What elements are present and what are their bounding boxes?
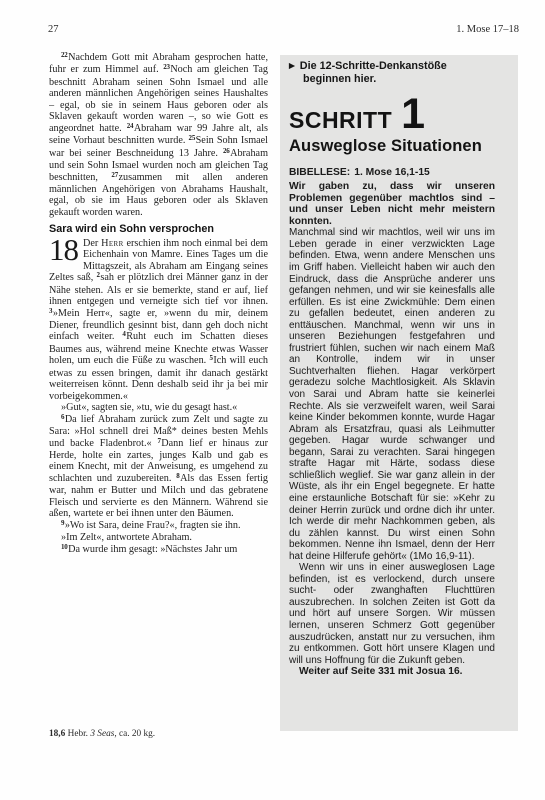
bible-paragraph: 22Nachdem Gott mit Abraham gesprochen ha… [49,52,268,218]
footnote-ref: 18,6 [49,729,65,739]
step-intro: Wir gaben zu, dass wir unseren Problemen… [289,181,495,227]
continue-note: Weiter auf Seite 331 mit Josua 16. [289,666,495,678]
bible-paragraph: »Im Zelt«, antwortete Abraham. [49,532,268,543]
bible-text-column: 22Nachdem Gott mit Abraham gesprochen ha… [49,52,268,720]
step-box: ▶Die 12-Schritte-Denkanstöße beginnen hi… [280,55,518,731]
footnote-text-before: Hebr. [65,729,90,739]
bible-paragraph: 6Da lief Abraham zurück zum Zelt und sag… [49,414,268,520]
verse-number: 7 [157,437,160,445]
step-notice-text: Die 12-Schritte-Denkanstöße beginnen hie… [300,60,447,85]
step-notice: ▶Die 12-Schritte-Denkanstöße beginnen hi… [289,60,495,86]
bible-reading-line: BIBELLESE:1. Mose 16,1-15 [289,167,495,179]
verse-number: 27 [111,171,118,179]
triangle-bullet-icon: ▶ [289,61,295,70]
step-label: SCHRITT [289,107,392,134]
step-paragraph: Manchmal sind wir machtlos, weil wir uns… [289,227,495,562]
bible-page: 27 1. Mose 17–18 22Nachdem Gott mit Abra… [0,0,545,800]
bible-paragraph: 10Da wurde ihm gesagt: »Nächstes Jahr um [49,544,268,556]
chapter-number: 18 [49,238,83,261]
step-title: Ausweglose Situationen [289,137,495,155]
footnote-measure: 3 Seas [90,729,114,739]
book-chapter-range: 1. Mose 17–18 [456,24,519,36]
step-number: 1 [401,96,425,132]
bible-reading-label: BIBELLESE: [289,167,350,178]
verse-number: 24 [127,122,134,130]
verse-number: 23 [163,63,170,71]
footnote: 18,6 Hebr. 3 Seas, ca. 20 kg. [49,729,155,740]
verse-number: 2 [97,271,100,279]
verse-number: 22 [61,52,68,59]
page-number: 27 [48,24,59,36]
running-head: 27 1. Mose 17–18 [48,24,519,36]
verse-number: 10 [61,543,68,551]
step-heading: SCHRITT 1 [289,96,495,134]
footnote-text-after: , ca. 20 kg. [114,729,155,739]
step-paragraphs: Manchmal sind wir machtlos, weil wir uns… [289,227,495,666]
verse-number: 3 [49,307,52,315]
section-heading: Sara wird ein Sohn versprochen [49,223,268,235]
verse-number: 8 [176,472,179,480]
step-paragraph: Wenn wir uns in einer ausweglosen Lage b… [289,562,495,666]
bible-reading-ref: 1. Mose 16,1-15 [354,167,430,178]
verse-number: 6 [61,413,64,421]
verse-number: 25 [189,134,196,142]
bible-paragraph: »Gut«, sagten sie, »tu, wie du gesagt ha… [49,402,268,413]
bible-paragraph: 9»Wo ist Sara, deine Frau?«, fragten sie… [49,520,268,532]
verse-number: 5 [210,354,213,362]
verse-number: 4 [122,330,125,338]
verse-number: 26 [223,147,230,155]
bible-paragraph: 18Der Herr erschien ihm noch einmal bei … [49,238,268,402]
divine-name-smallcaps: Herr [101,238,124,249]
verse-number: 9 [61,519,64,527]
